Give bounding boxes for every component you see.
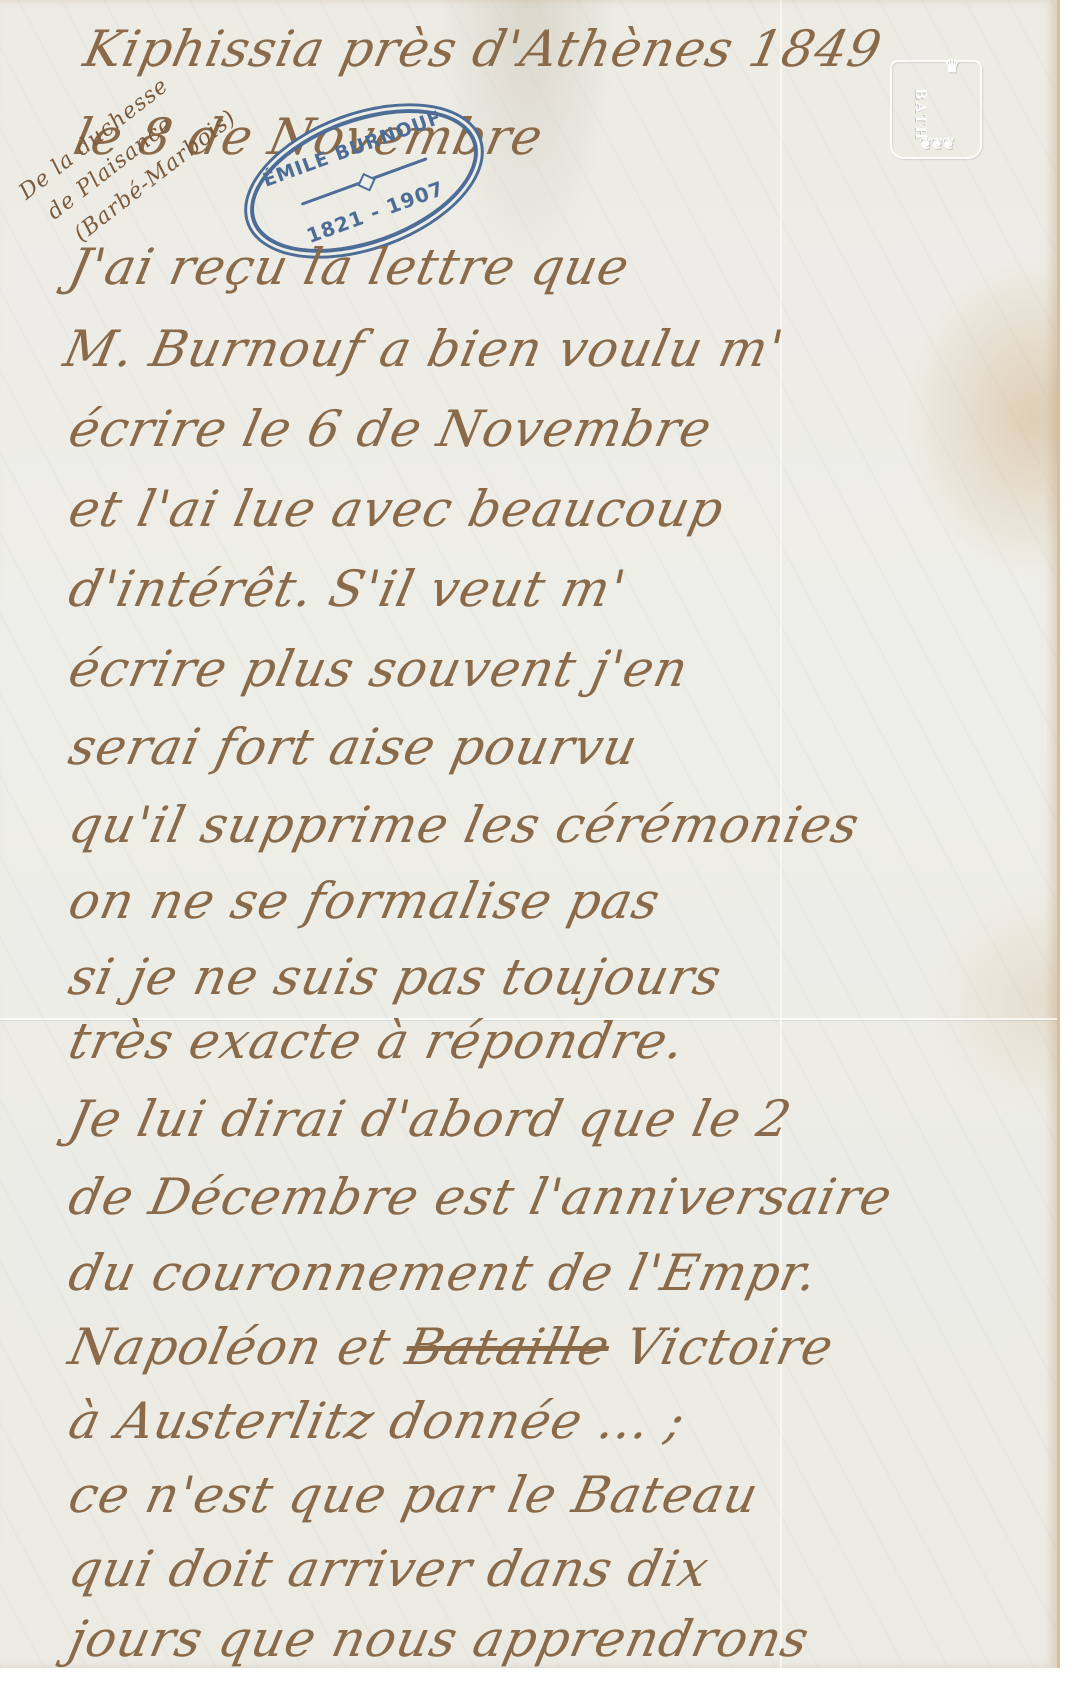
body-line: Napoléon et Bataille Victoire	[64, 1318, 839, 1376]
body-line: jours que nous apprendrons	[64, 1610, 815, 1668]
body-line: Je lui dirai d'abord que le 2	[64, 1090, 797, 1148]
blind-emboss-mark: ♛ BATH ❦❦❦	[890, 60, 982, 159]
body-line: M. Burnouf a bien voulu m'	[59, 320, 789, 378]
body-line: qu'il supprime les cérémonies	[64, 796, 865, 854]
body-line: et l'ai lue avec beaucoup	[64, 480, 729, 538]
body-line: qui doit arriver dans dix	[64, 1540, 715, 1598]
letter-page: Kiphissia près d'Athènes 1849 le 8 de No…	[0, 0, 1060, 1668]
letter-heading-place-date: Kiphissia près d'Athènes 1849	[79, 20, 887, 78]
body-line: si je ne suis pas toujours	[64, 948, 727, 1006]
body-line: à Austerlitz donnée ... ;	[64, 1392, 691, 1450]
body-line: serai fort aise pourvu	[64, 718, 643, 776]
body-line: écrire le 6 de Novembre	[64, 400, 717, 458]
body-line-text: Victoire	[620, 1318, 839, 1376]
crown-icon: ♛	[944, 56, 960, 77]
body-line: très exacte à répondre.	[64, 1012, 691, 1070]
body-line: écrire plus souvent j'en	[64, 640, 694, 698]
body-line: de Décembre est l'anniversaire	[64, 1168, 898, 1226]
body-line: on ne se formalise pas	[64, 872, 666, 930]
struck-word: Bataille	[401, 1318, 615, 1376]
body-line: du couronnement de l'Empr.	[64, 1244, 823, 1302]
body-line: ce n'est que par le Bateau	[64, 1466, 764, 1524]
body-line: J'ai reçu la lettre que	[64, 238, 635, 296]
body-line-text: Napoléon et	[64, 1318, 396, 1376]
wreath-icon: ❦❦❦	[900, 134, 972, 153]
body-line: d'intérêt. S'il veut m'	[64, 560, 631, 618]
